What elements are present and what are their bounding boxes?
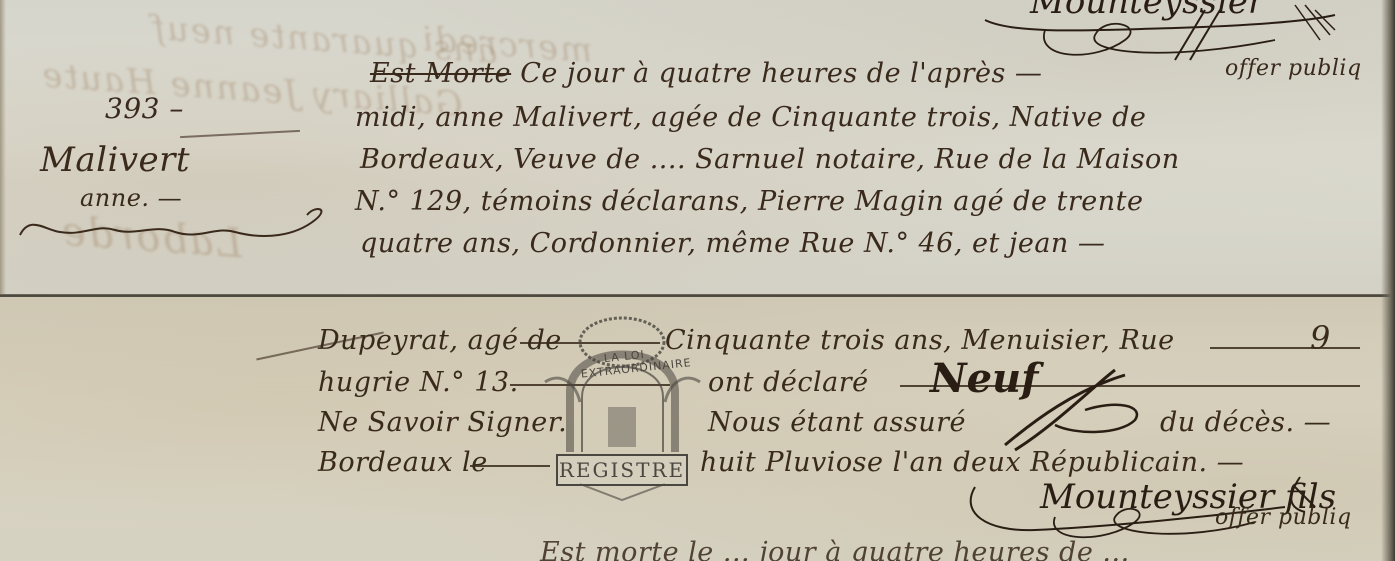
record-line-7-cont: ont déclaré — [708, 367, 869, 398]
partial-next-record: Est morte le ... jour à quatre heures de… — [540, 537, 1130, 561]
top-page-fragment: ans quarante neuf Galliary Jeanne Haute … — [0, 0, 1395, 296]
stamp-label: REGISTRE — [556, 454, 688, 486]
record-line-8-end: du décès. — — [1160, 407, 1331, 438]
margin-rule — [180, 130, 300, 138]
officer-annotation: offer publiq — [1225, 56, 1362, 81]
record-line-3: Bordeaux, Veuve de .... Sarnuel notaire,… — [360, 144, 1180, 175]
entry-number: 393 – — [105, 92, 184, 125]
record-line-4: N.° 129, témoins déclarans, Pierre Magin… — [355, 186, 1143, 217]
registre-stamp: LA LOI EXTRAORDINAIRE REGISTRE — [540, 312, 705, 502]
record-line-1: Est Morte Ce jour à quatre heures de l'a… — [370, 58, 1042, 89]
margin-surname: Malivert — [40, 140, 190, 180]
line-end-mark: 9 — [1310, 319, 1331, 357]
record-line-6-cont: Cinquante trois ans, Menuisier, Rue — [665, 325, 1175, 356]
fill-rule — [470, 465, 550, 467]
record-line-6: Dupeyrat, agé de — [318, 325, 562, 356]
record-line-7: hugrie N.° 13. — [318, 367, 519, 398]
record-line-8: Ne Savoir Signer. — [318, 407, 567, 438]
page-edge — [0, 0, 6, 296]
signature-title: offer publiq — [1215, 505, 1352, 530]
bottom-page-fragment: Dupeyrat, agé de Cinquante trois ans, Me… — [0, 297, 1395, 561]
document-viewer: ans quarante neuf Galliary Jeanne Haute … — [0, 0, 1395, 561]
paraph-mark — [995, 365, 1165, 455]
margin-flourish — [15, 200, 345, 250]
record-line-5: quatre ans, Cordonnier, même Rue N.° 46,… — [360, 228, 1105, 259]
fill-rule — [1210, 347, 1360, 349]
page-edge — [1381, 0, 1395, 561]
record-line-9: Bordeaux le — [318, 447, 488, 478]
struck-text: Est Morte — [370, 58, 511, 89]
record-line-2: midi, anne Malivert, agée de Cinquante t… — [355, 102, 1146, 133]
record-line-8-cont: Nous étant assuré — [708, 407, 966, 438]
